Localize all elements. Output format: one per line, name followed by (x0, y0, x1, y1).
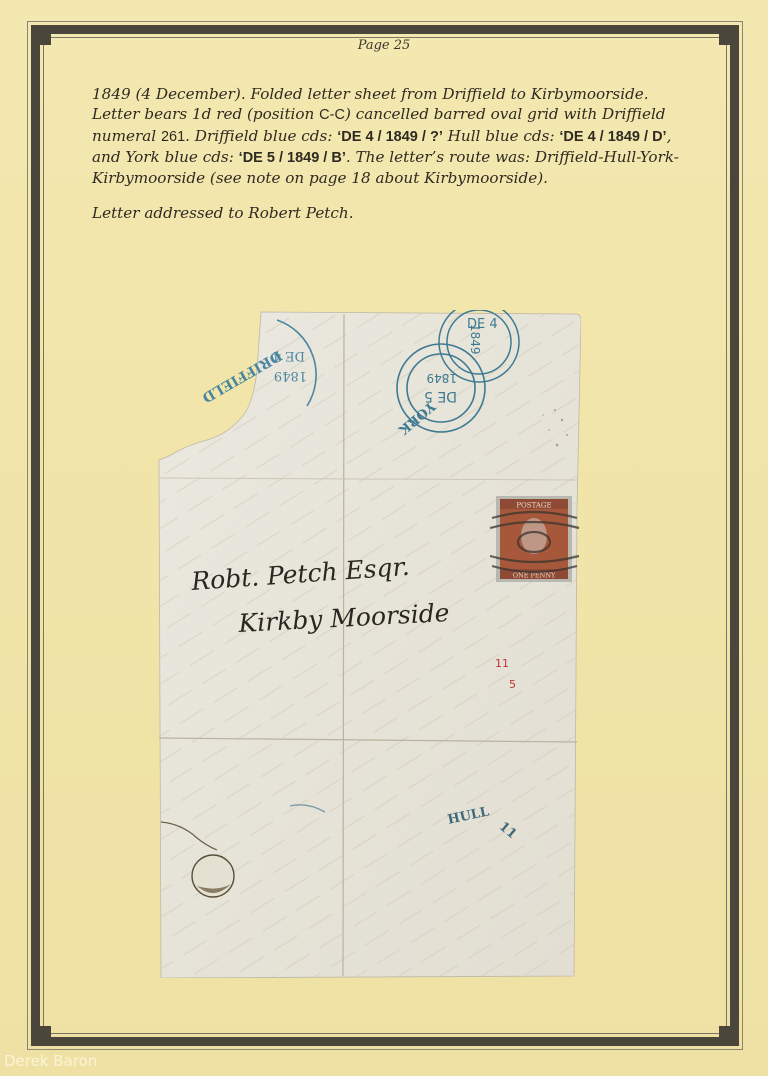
letter-sheet: DE 4 1849 DRIFFIELD DE 4 1849 DE 5 1849 … (157, 310, 581, 978)
frame-corner-br (719, 1026, 733, 1040)
page-number: Page 25 (0, 38, 768, 53)
svg-text:11: 11 (495, 657, 509, 670)
addressee-paragraph: Letter addressed to Robert Petch. (92, 203, 692, 223)
letter-image: DE 4 1849 DRIFFIELD DE 4 1849 DE 5 1849 … (157, 310, 581, 978)
description-paragraph: 1849 (4 December). Folded letter sheet f… (92, 84, 692, 188)
hull-cds: ‘DE 4 / 1849 / D’ (559, 129, 666, 145)
svg-text:1849: 1849 (426, 371, 457, 385)
svg-text:1849: 1849 (274, 368, 307, 383)
description: 1849 (4 December). Folded letter sheet f… (92, 84, 692, 239)
svg-text:1849: 1849 (468, 324, 482, 355)
svg-text:POSTAGE: POSTAGE (516, 502, 551, 510)
watermark: Derek Baron (4, 1052, 97, 1070)
text: Hull blue cds: (443, 127, 560, 145)
plate-position: C-C (319, 107, 345, 123)
text: . Driffield blue cds: (185, 127, 337, 145)
svg-text:5: 5 (509, 678, 516, 691)
penny-red-stamp: POSTAGE ONE PENNY (490, 496, 579, 582)
frame-corner-bl (37, 1026, 51, 1040)
numeral: 261 (161, 129, 185, 145)
driffield-cds: ‘DE 4 / 1849 / ?’ (337, 129, 443, 145)
york-cds: ‘DE 5 / 1849 / B’ (239, 150, 346, 166)
